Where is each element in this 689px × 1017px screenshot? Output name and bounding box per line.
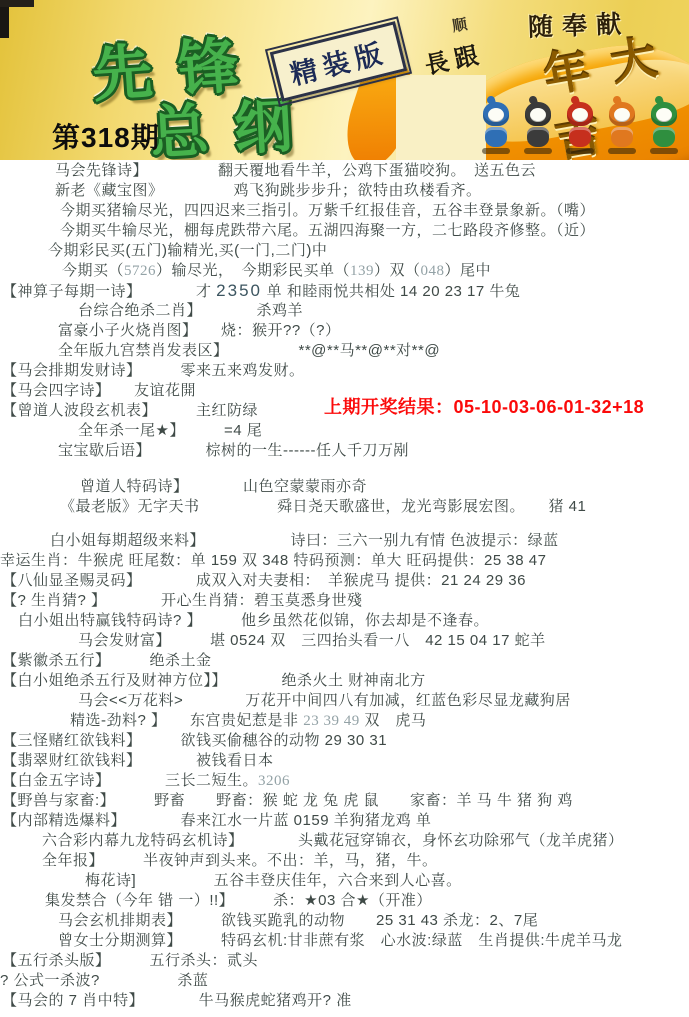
text-line-10: 全年版九宫禁肖发表区】 **@**马**@**对**@	[0, 341, 689, 361]
text-segment: ? 公式一杀波? 杀蓝	[0, 972, 208, 989]
text-line-6: 今期买（5726）输尽光， 今期彩民买单（139）双（048）尾中	[0, 261, 689, 281]
text-segment: 今期买牛输尽光，棚每虎跌带六尾。五湖四海聚一方，二七路段齐修整。（近）	[60, 222, 595, 239]
text-segment: 今期彩民买(五门)输精光,买(一门,二门)中	[48, 242, 327, 259]
text-segment: 048	[421, 263, 445, 279]
mascot-face	[614, 108, 630, 122]
text-segment: 幸运生肖：牛猴虎 旺尾数：单 159 双 348 特码预测：单大 旺码提供：25…	[0, 552, 546, 569]
mascot-feet	[482, 148, 510, 154]
mascot-jingjing-panda-icon	[520, 102, 556, 158]
text-line-22: 白小姐出特赢钱特码诗? 】 他乡虽然花似锦，你去却是不逢春。	[0, 611, 689, 631]
mascot-body	[527, 127, 549, 147]
slogan-fragment: 顺	[450, 13, 470, 37]
text-line-33: 六合彩内幕九龙特码玄机诗】 头戴花冠穿锦衣，身怀玄功除邪气（龙羊虎猪）	[0, 831, 689, 851]
mascot-body	[653, 127, 675, 147]
text-line-7: 【神算子每期一诗】 才 2350 单 和睦雨悦共相处 14 20 23 17 牛…	[0, 281, 689, 301]
text-segment: 【野兽与家畜:】 野畜 野畜：猴 蛇 龙 兔 虎 鼠 家畜：羊 马 牛 猪 狗 …	[2, 792, 573, 809]
text-segment: 富豪小子火烧肖图】 烧：猴开??（?）	[58, 322, 341, 339]
mascot-huanhuan-red-icon	[562, 102, 598, 158]
text-line-21: 【? 生肖猜? 】 开心生肖猜：碧玉莫悉身世殘	[0, 591, 689, 611]
text-segment: 【五行杀头版】 五行杀头：贰头	[2, 952, 258, 969]
text-segment: 【三怪赌红欲钱料】 欲钱买偷穗谷的动物 29 30 31	[2, 732, 387, 749]
text-segment: 今期买（	[62, 262, 124, 279]
text-line-18: 白小姐每期超级来料】 诗曰：三六一别九有情 色波提示：绿蓝	[0, 531, 689, 551]
text-segment: 【神算子每期一诗】 才	[2, 283, 216, 300]
mascot-body	[569, 127, 591, 147]
text-segment: 23 39 49	[303, 713, 360, 729]
mascot-head	[651, 102, 677, 126]
text-line-3: 今期买猪输尽光，四四迟来三指引。万紫千红报佳音，五谷丰登景象新。（嘴）	[0, 201, 689, 221]
issue-number: 第318期	[52, 116, 160, 156]
text-line-30: 【白金五字诗】 三长二短生。3206	[0, 771, 689, 791]
mascot-head	[567, 102, 593, 126]
text-segment: 【翡翠财红欲钱料】 被钱看日本	[2, 752, 274, 769]
text-segment: 5726	[124, 263, 156, 279]
text-line-27: 精选-劲料? 】 东宫贵妃惹是非 23 39 49 双 虎马	[0, 711, 689, 731]
text-segment: 白小姐出特赢钱特码诗? 】 他乡虽然花似锦，你去却是不逢春。	[18, 612, 489, 629]
text-line-37: 马会玄机排期表】 欲钱买跪乳的动物 25 31 43 杀龙：2、7尾	[0, 911, 689, 931]
text-line-11: 【马会排期发财诗】 零来五来鸡发财。	[0, 361, 689, 381]
text-line-4: 今期买牛输尽光，棚每虎跌带六尾。五湖四海聚一方，二七路段齐修整。（近）	[0, 221, 689, 241]
mascot-yingying-orange-icon	[604, 102, 640, 158]
text-segment: 【马会四字诗】 友谊花開	[2, 382, 196, 399]
mascot-feet	[566, 148, 594, 154]
text-line-41: 【马会的 7 肖中特】 牛马猴虎蛇猪鸡开? 准	[0, 991, 689, 1011]
text-segment: 单 和睦雨悦共相处 14 20 23 17 牛兔	[262, 283, 520, 300]
text-segment: 【白小姐绝杀五行及财神方位】】 绝杀火土 财神南北方	[2, 672, 426, 689]
text-segment: 精选-劲料? 】 东宫贵妃惹是非	[70, 712, 303, 729]
text-segment: 双 虎马	[360, 712, 427, 729]
text-segment: 梅花诗] 五谷丰登庆佳年，六合来到人心喜。	[85, 872, 462, 889]
text-segment: 2350	[216, 281, 262, 300]
masthead: 年大吉 随奉献 顺 長跟 先锋 总纲 第318期 精装版	[0, 0, 689, 160]
text-line-32: 【内部精选爆料】 春来江水一片蓝 0159 羊狗猪龙鸡 单	[0, 811, 689, 831]
mascot-body	[611, 127, 633, 147]
mascot-head	[609, 102, 635, 126]
text-segment: ）尾中	[445, 262, 492, 279]
text-segment: 【马会的 7 肖中特】 牛马猴虎蛇猪鸡开? 准	[2, 992, 352, 1009]
text-line-9: 富豪小子火烧肖图】 烧：猴开??（?）	[0, 321, 689, 341]
text-segment: 宝宝歇后语】 棕树的一生------任人千刀万剐	[58, 442, 409, 459]
text-segment: 3206	[258, 773, 290, 789]
text-segment: ）输尽光， 今期彩民买单（	[156, 262, 350, 279]
text-segment: 【八仙显圣赐灵码】 成双入对夫妻相： 羊猴虎马 提供：21 24 29 36	[2, 572, 526, 589]
text-segment: 【曾道人波段玄机表】 主红防绿	[2, 402, 258, 419]
mascot-feet	[608, 148, 636, 154]
mascot-feet	[650, 148, 678, 154]
text-line-28: 【三怪赌红欲钱料】 欲钱买偷穗谷的动物 29 30 31	[0, 731, 689, 751]
mascot-nini-green-icon	[646, 102, 682, 158]
text-segment: 【内部精选爆料】 春来江水一片蓝 0159 羊狗猪龙鸡 单	[2, 812, 431, 829]
mascot-face	[488, 108, 504, 122]
mascot-face	[530, 108, 546, 122]
text-segment: ）双（	[374, 262, 421, 279]
text-line-2: 新老《藏宝图》 鸡飞狗跳步步升；欲特由玖楼看齐。	[0, 181, 689, 201]
mascot-head	[483, 102, 509, 126]
text-segment: 马会玄机排期表】 欲钱买跪乳的动物 25 31 43 杀龙：2、7尾	[58, 912, 538, 929]
text-line-29: 【翡翠财红欲钱料】 被钱看日本	[0, 751, 689, 771]
text-segment: 台综合绝杀二肖】 杀鸡羊	[78, 302, 303, 319]
text-segment: 马会<<万花料> 万花开中间四八有加减，红蓝色彩尽显龙藏狗居	[78, 692, 571, 709]
mascot-body	[485, 127, 507, 147]
text-line-34: 全年报】 半夜钟声到头来。不出：羊，马，猪，牛。	[0, 851, 689, 871]
text-line-15: 宝宝歇后语】 棕树的一生------任人千刀万剐	[0, 441, 689, 461]
text-line-25: 【白小姐绝杀五行及财神方位】】 绝杀火土 财神南北方	[0, 671, 689, 691]
text-segment: 马会先锋诗】 翻天覆地看牛羊，公鸡下蛋猫咬狗。 送五色云	[55, 162, 536, 179]
text-line-8: 台综合绝杀二肖】 杀鸡羊	[0, 301, 689, 321]
fuwa-mascots	[478, 100, 688, 158]
blanked-patch	[396, 75, 486, 160]
text-line-17: 《最老版》无字天书 舜日尧天歌盛世，龙光弯影展宏图。 猪 41	[0, 497, 689, 517]
slogan-top-right: 随奉献	[527, 4, 630, 44]
text-segment: 集发禁合（今年 错 一）!!】 杀：★03 合★（开准）	[45, 892, 432, 909]
text-line-36: 集发禁合（今年 错 一）!!】 杀：★03 合★（开准）	[0, 891, 689, 911]
tip-lines: 马会先锋诗】 翻天覆地看牛羊，公鸡下蛋猫咬狗。 送五色云新老《藏宝图》 鸡飞狗跳…	[0, 161, 689, 1011]
text-segment: 马会发财富】 堪 0524 双 三四抬头看一八 42 15 04 17 蛇羊	[78, 632, 546, 649]
mascot-beibei-blue-icon	[478, 102, 514, 158]
text-segment: 全年版九宫禁肖发表区】 **@**马**@**对**@	[58, 342, 440, 359]
text-segment: 139	[350, 263, 374, 279]
text-line-20: 【八仙显圣赐灵码】 成双入对夫妻相： 羊猴虎马 提供：21 24 29 36	[0, 571, 689, 591]
text-segment: 【白金五字诗】 三长二短生。	[2, 772, 258, 789]
text-segment: 【紫徽杀五行】 绝杀土金	[2, 652, 212, 669]
text-line-19: 幸运生肖：牛猴虎 旺尾数：单 159 双 348 特码预测：单大 旺码提供：25…	[0, 551, 689, 571]
text-line-16: 曾道人特码诗】 山色空蒙蒙雨亦奇	[0, 477, 689, 497]
text-segment: 六合彩内幕九龙特码玄机诗】 头戴花冠穿锦衣，身怀玄功除邪气（龙羊虎猪）	[42, 832, 624, 849]
mascot-feet	[524, 148, 552, 154]
mascot-head	[525, 102, 551, 126]
text-line-39: 【五行杀头版】 五行杀头：贰头	[0, 951, 689, 971]
corner-mark	[0, 0, 34, 7]
text-segment: 白小姐每期超级来料】 诗曰：三六一别九有情 色波提示：绿蓝	[50, 532, 559, 549]
text-line-35: 梅花诗] 五谷丰登庆佳年，六合来到人心喜。	[0, 871, 689, 891]
mascot-face	[572, 108, 588, 122]
text-line-26: 马会<<万花料> 万花开中间四八有加减，红蓝色彩尽显龙藏狗居	[0, 691, 689, 711]
text-segment: 《最老版》无字天书 舜日尧天歌盛世，龙光弯影展宏图。 猪 41	[60, 498, 586, 515]
text-line-31: 【野兽与家畜:】 野畜 野畜：猴 蛇 龙 兔 虎 鼠 家畜：羊 马 牛 猪 狗 …	[0, 791, 689, 811]
text-segment: 全年报】 半夜钟声到头来。不出：羊，马，猪，牛。	[42, 852, 438, 869]
text-segment: 【? 生肖猜? 】 开心生肖猜：碧玉莫悉身世殘	[2, 592, 363, 609]
text-segment: 曾道人特码诗】 山色空蒙蒙雨亦奇	[80, 478, 367, 495]
previous-draw-result: 上期开奖结果：05-10-03-06-01-32+18	[324, 393, 644, 419]
text-segment: 全年杀一尾★】 =4 尾	[78, 422, 262, 439]
text-line-38: 曾女士分期测算】 特码玄机:甘非蔗有浆 心水波:绿蓝 生肖提供:牛虎羊马龙	[0, 931, 689, 951]
text-segment: 今期买猪输尽光，四四迟来三指引。万紫千红报佳音，五谷丰登景象新。（嘴）	[60, 202, 595, 219]
text-line-14: 全年杀一尾★】 =4 尾	[0, 421, 689, 441]
text-line-40: ? 公式一杀波? 杀蓝	[0, 971, 689, 991]
text-segment: 【马会排期发财诗】 零来五来鸡发财。	[2, 362, 305, 379]
text-line-5: 今期彩民买(五门)输精光,买(一门,二门)中	[0, 241, 689, 261]
mascot-face	[656, 108, 672, 122]
lottery-tip-sheet: { "header": { "title_top": "先锋", "title_…	[0, 0, 689, 1017]
text-line-24: 【紫徽杀五行】 绝杀土金	[0, 651, 689, 671]
slogan-changgen: 長跟	[421, 34, 487, 81]
text-line-1: 马会先锋诗】 翻天覆地看牛羊，公鸡下蛋猫咬狗。 送五色云	[0, 161, 689, 181]
text-line-23: 马会发财富】 堪 0524 双 三四抬头看一八 42 15 04 17 蛇羊	[0, 631, 689, 651]
text-segment: 曾女士分期测算】 特码玄机:甘非蔗有浆 心水波:绿蓝 生肖提供:牛虎羊马龙	[58, 932, 623, 949]
text-segment: 新老《藏宝图》 鸡飞狗跳步步升；欲特由玖楼看齐。	[55, 182, 482, 199]
